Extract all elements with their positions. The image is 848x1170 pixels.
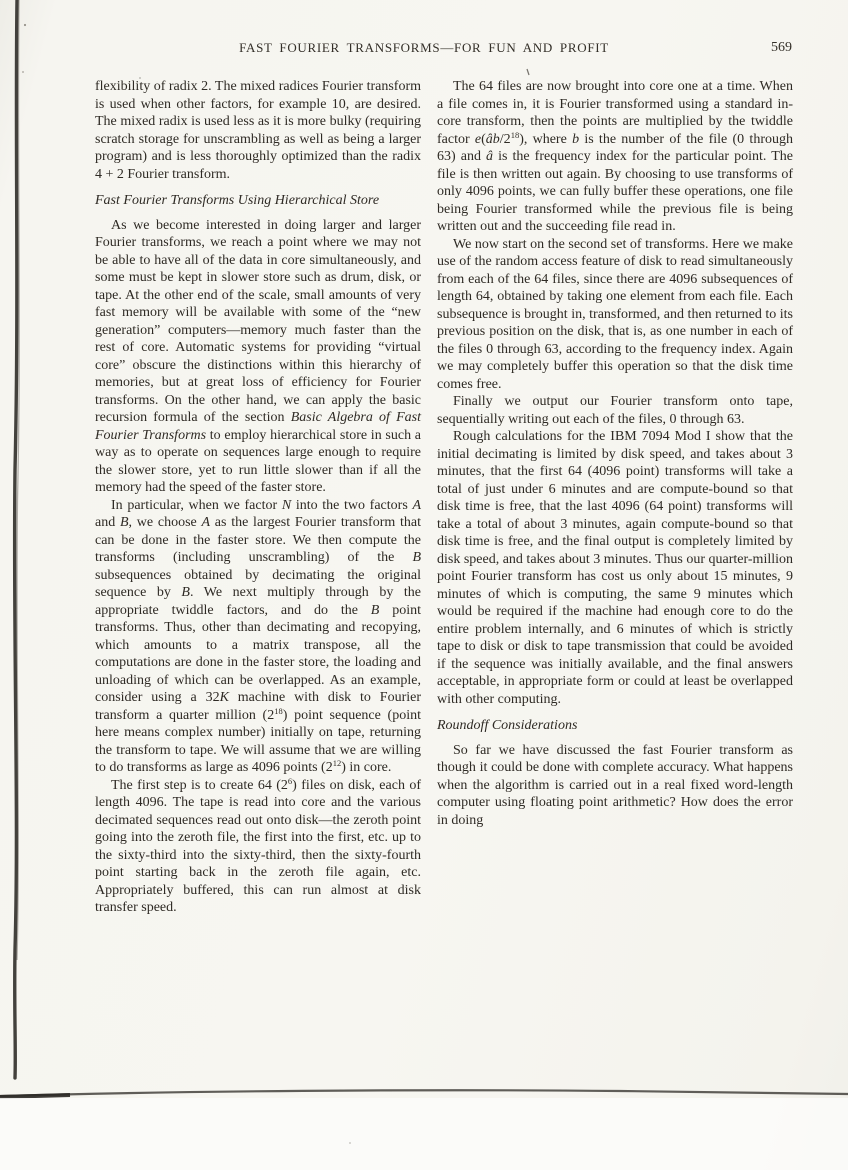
below-edge-paper — [0, 1098, 848, 1170]
binding-edge-fuzz — [17, 0, 19, 960]
scan-speck — [349, 1142, 351, 1144]
binding-edge-line — [15, 0, 17, 1078]
paragraph: We now start on the second set of transf… — [437, 236, 793, 394]
running-head-title: FAST FOURIER TRANSFORMS—FOR FUN AND PROF… — [0, 40, 848, 56]
paragraph: As we become interested in doing larger … — [95, 217, 421, 497]
paragraph: The 64 files are now brought into core o… — [437, 78, 793, 236]
section-heading: Roundoff Considerations — [437, 717, 793, 735]
section-heading: Fast Fourier Transforms Using Hierarchic… — [95, 192, 421, 210]
scan-speck — [527, 69, 529, 75]
paragraph: The first step is to create 64 (26) file… — [95, 777, 421, 917]
paragraph: So far we have discussed the fast Fourie… — [437, 742, 793, 830]
scan-speck — [24, 24, 26, 26]
paragraph: Rough calculations for the IBM 7094 Mod … — [437, 428, 793, 708]
scan-speck — [22, 71, 24, 73]
text-column-right: The 64 files are now brought into core o… — [437, 78, 793, 829]
paragraph: In particular, when we factor N into the… — [95, 497, 421, 777]
running-head: FAST FOURIER TRANSFORMS—FOR FUN AND PROF… — [0, 40, 848, 58]
text-column-left: flexibility of radix 2. The mixed radice… — [95, 78, 421, 917]
paragraph: Finally we output our Fourier transform … — [437, 393, 793, 428]
page-bottom-edge-dark — [0, 1095, 70, 1097]
page-number: 569 — [771, 40, 792, 56]
paragraph: flexibility of radix 2. The mixed radice… — [95, 78, 421, 183]
page-bottom-edge-line — [0, 1090, 848, 1096]
scanned-paper-page: FAST FOURIER TRANSFORMS—FOR FUN AND PROF… — [0, 0, 848, 1170]
